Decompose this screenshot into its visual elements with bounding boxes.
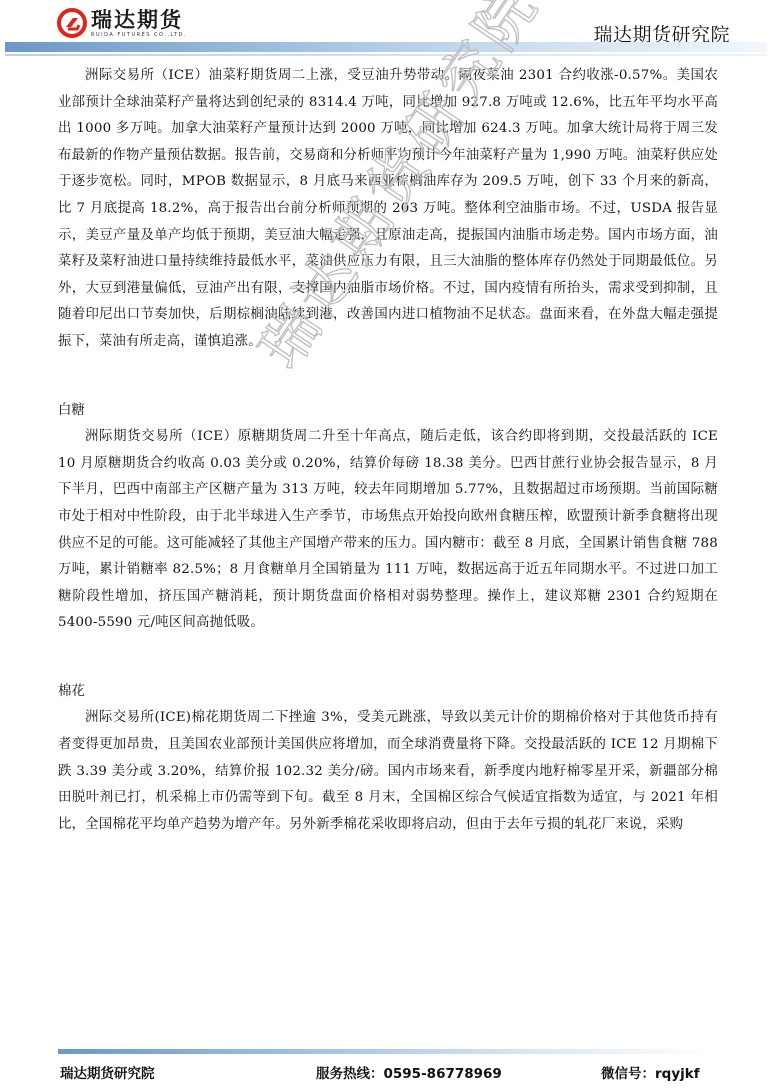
cotton-paragraph: 洲际交易所(ICE)棉花期货周二下挫逾 3%，受美元跳涨，导致以美元计价的期棉价… — [58, 705, 718, 838]
footer-org-name: 瑞达期货研究院 — [60, 1062, 155, 1082]
report-body: 洲际交易所（ICE）油菜籽期货周二上涨，受豆油升势带动。隔夜菜油 2301 合约… — [58, 63, 718, 838]
page-header: 瑞达期货 RUIDA FUTURES CO.,LTD. 瑞达期货研究院 — [0, 0, 770, 62]
header-divider-band — [5, 42, 767, 52]
section-title-cotton: 棉花 — [58, 679, 718, 706]
header-divider-line — [5, 54, 767, 56]
footer-divider-band — [58, 1049, 712, 1054]
page-footer: 瑞达期货研究院 服务热线：0595-86778969 微信号：rqyjkf — [58, 1062, 718, 1084]
footer-wechat: 微信号：rqyjkf — [601, 1062, 700, 1082]
logo-mark-icon — [57, 8, 87, 38]
logo-english-name: RUIDA FUTURES CO.,LTD. — [91, 32, 187, 39]
logo-chinese-name: 瑞达期货 — [91, 8, 187, 32]
section-title-sugar: 白糖 — [58, 398, 718, 425]
sugar-paragraph: 洲际期货交易所（ICE）原糖期货周二升至十年高点，随后走低，该合约即将到期，交投… — [58, 424, 718, 637]
rapeseed-paragraph: 洲际交易所（ICE）油菜籽期货周二上涨，受豆油升势带动。隔夜菜油 2301 合约… — [58, 63, 718, 356]
company-logo: 瑞达期货 RUIDA FUTURES CO.,LTD. — [57, 4, 187, 42]
footer-hotline: 服务热线：0595-86778969 — [316, 1062, 502, 1082]
